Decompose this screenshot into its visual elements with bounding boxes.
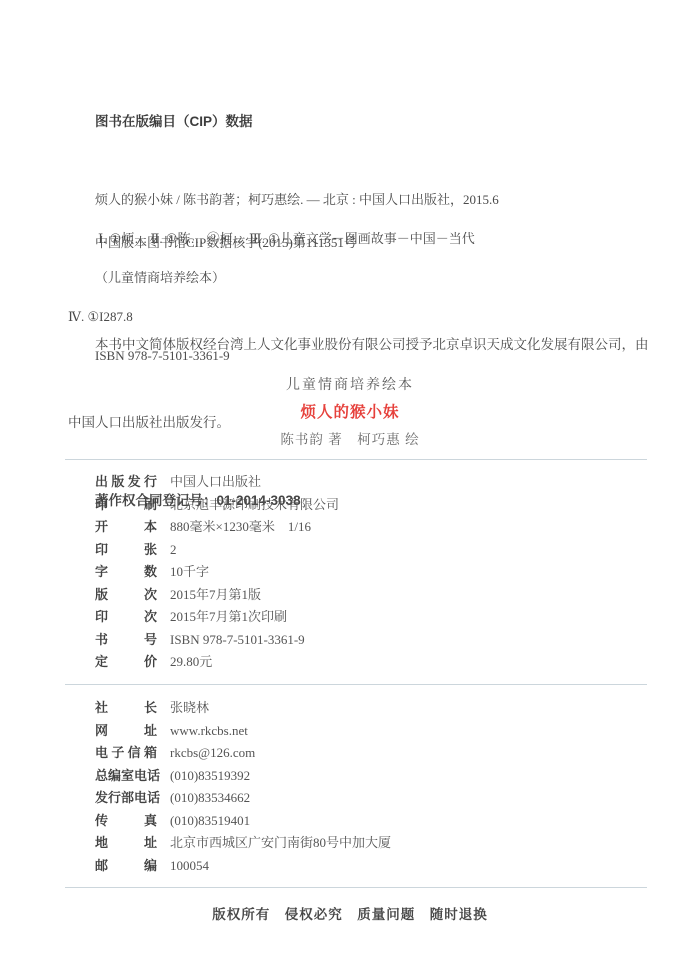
table-row: 发行部电话 (010)83534662 — [95, 787, 391, 810]
row-label: 总编室电话 — [95, 765, 157, 788]
row-value: 张晓林 — [170, 697, 209, 720]
table-row: 开本 880毫米×1230毫米 1/16 — [95, 516, 339, 539]
row-value: 中国人口出版社 — [170, 471, 261, 494]
table-row: 出版发行 中国人口出版社 — [95, 471, 339, 494]
license-line1: 本书中文简体版权经台湾上人文化事业股份有限公司授予北京卓识天成文化发展有限公司，… — [68, 332, 650, 358]
table-row: 版次 2015年7月第1版 — [95, 584, 339, 607]
row-value: 北京旭丰源印刷技术有限公司 — [170, 494, 339, 517]
table-row: 总编室电话 (010)83519392 — [95, 765, 391, 788]
cip-record-line: 中国版本图书馆CIP数据核字(2015)第111351号 — [95, 233, 357, 253]
row-label: 书号 — [95, 629, 157, 652]
row-value: 2015年7月第1次印刷 — [170, 606, 287, 629]
row-label: 邮编 — [95, 855, 157, 878]
cip-heading: 图书在版编目（CIP）数据 — [95, 109, 499, 135]
table-row: 书号 ISBN 978-7-5101-3361-9 — [95, 629, 339, 652]
table-row: 印次 2015年7月第1次印刷 — [95, 606, 339, 629]
email-address: rkcbs@126.com — [170, 742, 255, 765]
publication-info-table: 出版发行 中国人口出版社 印刷 北京旭丰源印刷技术有限公司 开本 880毫米×1… — [95, 471, 339, 674]
book-title: 烦人的猴小妹 — [0, 399, 700, 426]
title-block: 儿童情商培养绘本 烦人的猴小妹 陈书韵 著 柯巧惠 绘 — [0, 372, 700, 453]
row-label: 印张 — [95, 539, 157, 562]
copyright-notice: 版权所有 侵权必究 质量问题 随时退换 — [0, 903, 700, 923]
row-label: 字数 — [95, 561, 157, 584]
table-row: 定价 29.80元 — [95, 651, 339, 674]
divider-middle — [65, 684, 647, 685]
row-label: 电子信箱 — [95, 742, 157, 765]
row-value: 880毫米×1230毫米 1/16 — [170, 516, 311, 539]
table-row: 社长 张晓林 — [95, 697, 391, 720]
table-row: 传真 (010)83519401 — [95, 810, 391, 833]
row-value: (010)83534662 — [170, 787, 250, 810]
table-row: 邮编 100054 — [95, 855, 391, 878]
row-label: 印次 — [95, 606, 157, 629]
copyright-page: 图书在版编目（CIP）数据 烦人的猴小妹 / 陈书韵著；柯巧惠绘. — 北京 :… — [0, 0, 700, 975]
row-value: (010)83519392 — [170, 765, 250, 788]
website-url: www.rkcbs.net — [170, 720, 248, 743]
row-value: 2015年7月第1版 — [170, 584, 261, 607]
table-row: 地址 北京市西城区广安门南街80号中加大厦 — [95, 832, 391, 855]
row-label: 社长 — [95, 697, 157, 720]
series-title: 儿童情商培养绘本 — [0, 372, 700, 399]
row-label: 发行部电话 — [95, 787, 157, 810]
row-label: 网址 — [95, 720, 157, 743]
row-label: 传真 — [95, 810, 157, 833]
table-row: 印张 2 — [95, 539, 339, 562]
table-row: 印刷 北京旭丰源印刷技术有限公司 — [95, 494, 339, 517]
table-row: 网址 www.rkcbs.net — [95, 720, 391, 743]
authors-line: 陈书韵 著 柯巧惠 绘 — [0, 426, 700, 453]
contact-info-table: 社长 张晓林 网址 www.rkcbs.net 电子信箱 rkcbs@126.c… — [95, 697, 391, 877]
row-value: 10千字 — [170, 561, 209, 584]
row-label: 版次 — [95, 584, 157, 607]
row-value: 北京市西城区广安门南街80号中加大厦 — [170, 832, 391, 855]
row-label: 定价 — [95, 651, 157, 674]
table-row: 字数 10千字 — [95, 561, 339, 584]
divider-bottom — [65, 887, 647, 888]
row-value: 29.80元 — [170, 651, 212, 674]
divider-top — [65, 459, 647, 460]
row-label: 开本 — [95, 516, 157, 539]
row-value: 2 — [170, 539, 177, 562]
row-value: 100054 — [170, 855, 209, 878]
table-row: 电子信箱 rkcbs@126.com — [95, 742, 391, 765]
row-label: 印刷 — [95, 494, 157, 517]
row-label: 地址 — [95, 832, 157, 855]
row-value: (010)83519401 — [170, 810, 250, 833]
row-label: 出版发行 — [95, 471, 157, 494]
row-value: ISBN 978-7-5101-3361-9 — [170, 629, 305, 652]
